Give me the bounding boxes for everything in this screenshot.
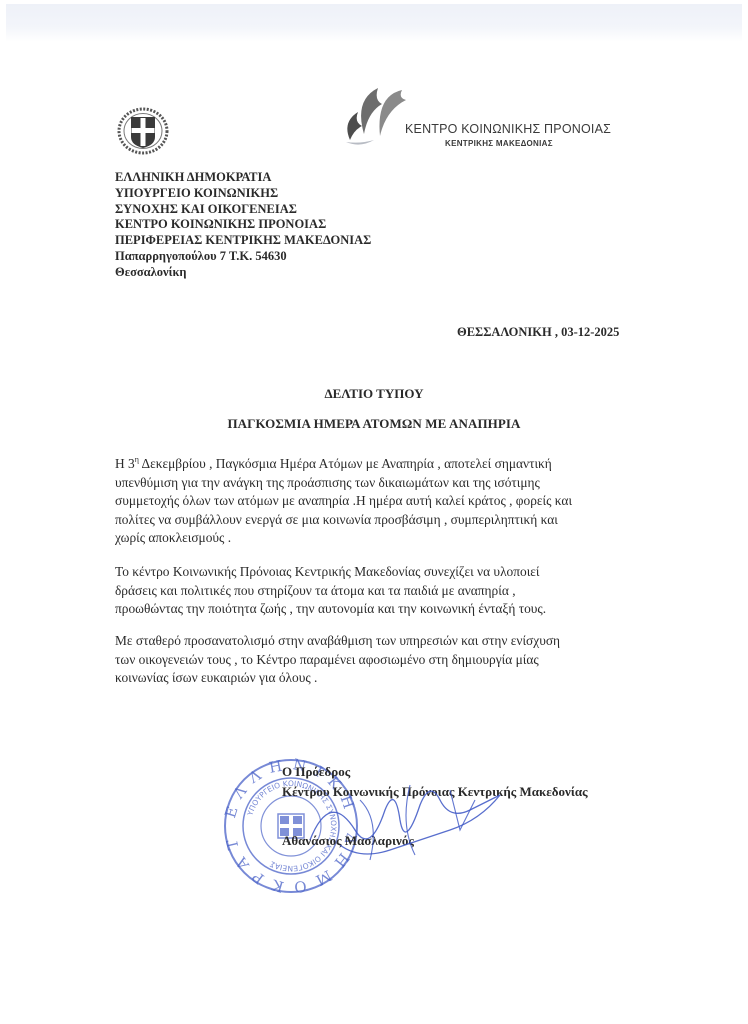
letterhead-line: ΕΛΛΗΝΙΚΗ ΔΗΜΟΚΡΑΤΙΑ	[115, 170, 371, 186]
paragraph-line: Με σταθερό προσανατολισμό στην αναβάθμισ…	[115, 632, 645, 651]
paragraph-line: συμμετοχής όλων των ατόμων με αναπηρία .…	[115, 492, 645, 511]
handwritten-signature	[300, 770, 520, 880]
hellenic-republic-emblem-icon	[116, 106, 170, 156]
letterhead-address: Παπαρρηγοπούλου 7 Τ.Κ. 54630	[115, 249, 371, 265]
center-logo: ΚΕΝΤΡΟ ΚΟΙΝΩΝΙΚΗΣ ΠΡΟΝΟΙΑΣ ΚΕΝΤΡΙΚΗΣ ΜΑΚ…	[340, 82, 640, 152]
paragraph-line: των οικογενειών τους , το Κέντρο παραμέν…	[115, 651, 645, 670]
paragraph-line: προωθώντας την ποιότητα ζωής , την αυτον…	[115, 600, 645, 619]
paragraph-3: Με σταθερό προσανατολισμό στην αναβάθμισ…	[115, 632, 645, 688]
paragraph-line: κοινωνίας ίσων ευκαιριών για όλους .	[115, 669, 645, 688]
paragraph-line: πολίτες να συμβάλλουν ενεργά σε μια κοιν…	[115, 511, 645, 530]
paragraph-line: χωρίς αποκλεισμούς .	[115, 529, 645, 548]
paragraph-line-text: Δεκεμβρίου , Παγκόσμια Ημέρα Ατόμων με Α…	[139, 456, 552, 471]
logo-subtitle: ΚΕΝΤΡΙΚΗΣ ΜΑΚΕΔΟΝΙΑΣ	[445, 139, 553, 148]
paragraph-line: Το κέντρο Κοινωνικής Πρόνοιας Κεντρικής …	[115, 563, 645, 582]
scan-artifact-band	[6, 4, 742, 42]
document-subject: ΠΑΓΚΟΣΜΙΑ ΗΜΕΡΑ ΑΤΟΜΩΝ ΜΕ ΑΝΑΠΗΡΙΑ	[0, 416, 748, 432]
letterhead-line: ΚΕΝΤΡΟ ΚΟΙΝΩΝΙΚΗΣ ΠΡΟΝΟΙΑΣ	[115, 217, 371, 233]
letterhead: ΕΛΛΗΝΙΚΗ ΔΗΜΟΚΡΑΤΙΑ ΥΠΟΥΡΓΕΙΟ ΚΟΙΝΩΝΙΚΗΣ…	[115, 170, 371, 281]
paragraph-1: Η 3η Δεκεμβρίου , Παγκόσμια Ημέρα Ατόμων…	[115, 451, 645, 548]
paragraph-line: υπενθύμιση για την ανάγκη της προάσπισης…	[115, 474, 645, 493]
letterhead-line: ΥΠΟΥΡΓΕΙΟ ΚΟΙΝΩΝΙΚΗΣ	[115, 186, 371, 202]
swoosh-logo-icon	[340, 82, 410, 152]
letterhead-line: ΣΥΝΟΧΗΣ ΚΑΙ ΟΙΚΟΓΕΝΕΙΑΣ	[115, 202, 371, 218]
paragraph-line: δράσεις και πολιτικές που στηρίζουν τα ά…	[115, 582, 645, 601]
dateline: ΘΕΣΣΑΛΟΝΙΚΗ , 03-12-2025	[457, 325, 619, 340]
letterhead-line: ΠΕΡΙΦΕΡΕΙΑΣ ΚΕΝΤΡΙΚΗΣ ΜΑΚΕΔΟΝΙΑΣ	[115, 233, 371, 249]
ordinal-number: Η 3	[115, 456, 135, 471]
logo-title: ΚΕΝΤΡΟ ΚΟΙΝΩΝΙΚΗΣ ΠΡΟΝΟΙΑΣ	[405, 122, 611, 136]
document-type-title: ΔΕΛΤΙΟ ΤΥΠΟΥ	[0, 386, 748, 402]
paragraph-line: Η 3η Δεκεμβρίου , Παγκόσμια Ημέρα Ατόμων…	[115, 451, 645, 474]
letterhead-city: Θεσσαλονίκη	[115, 265, 371, 281]
paragraph-2: Το κέντρο Κοινωνικής Πρόνοιας Κεντρικής …	[115, 563, 645, 619]
